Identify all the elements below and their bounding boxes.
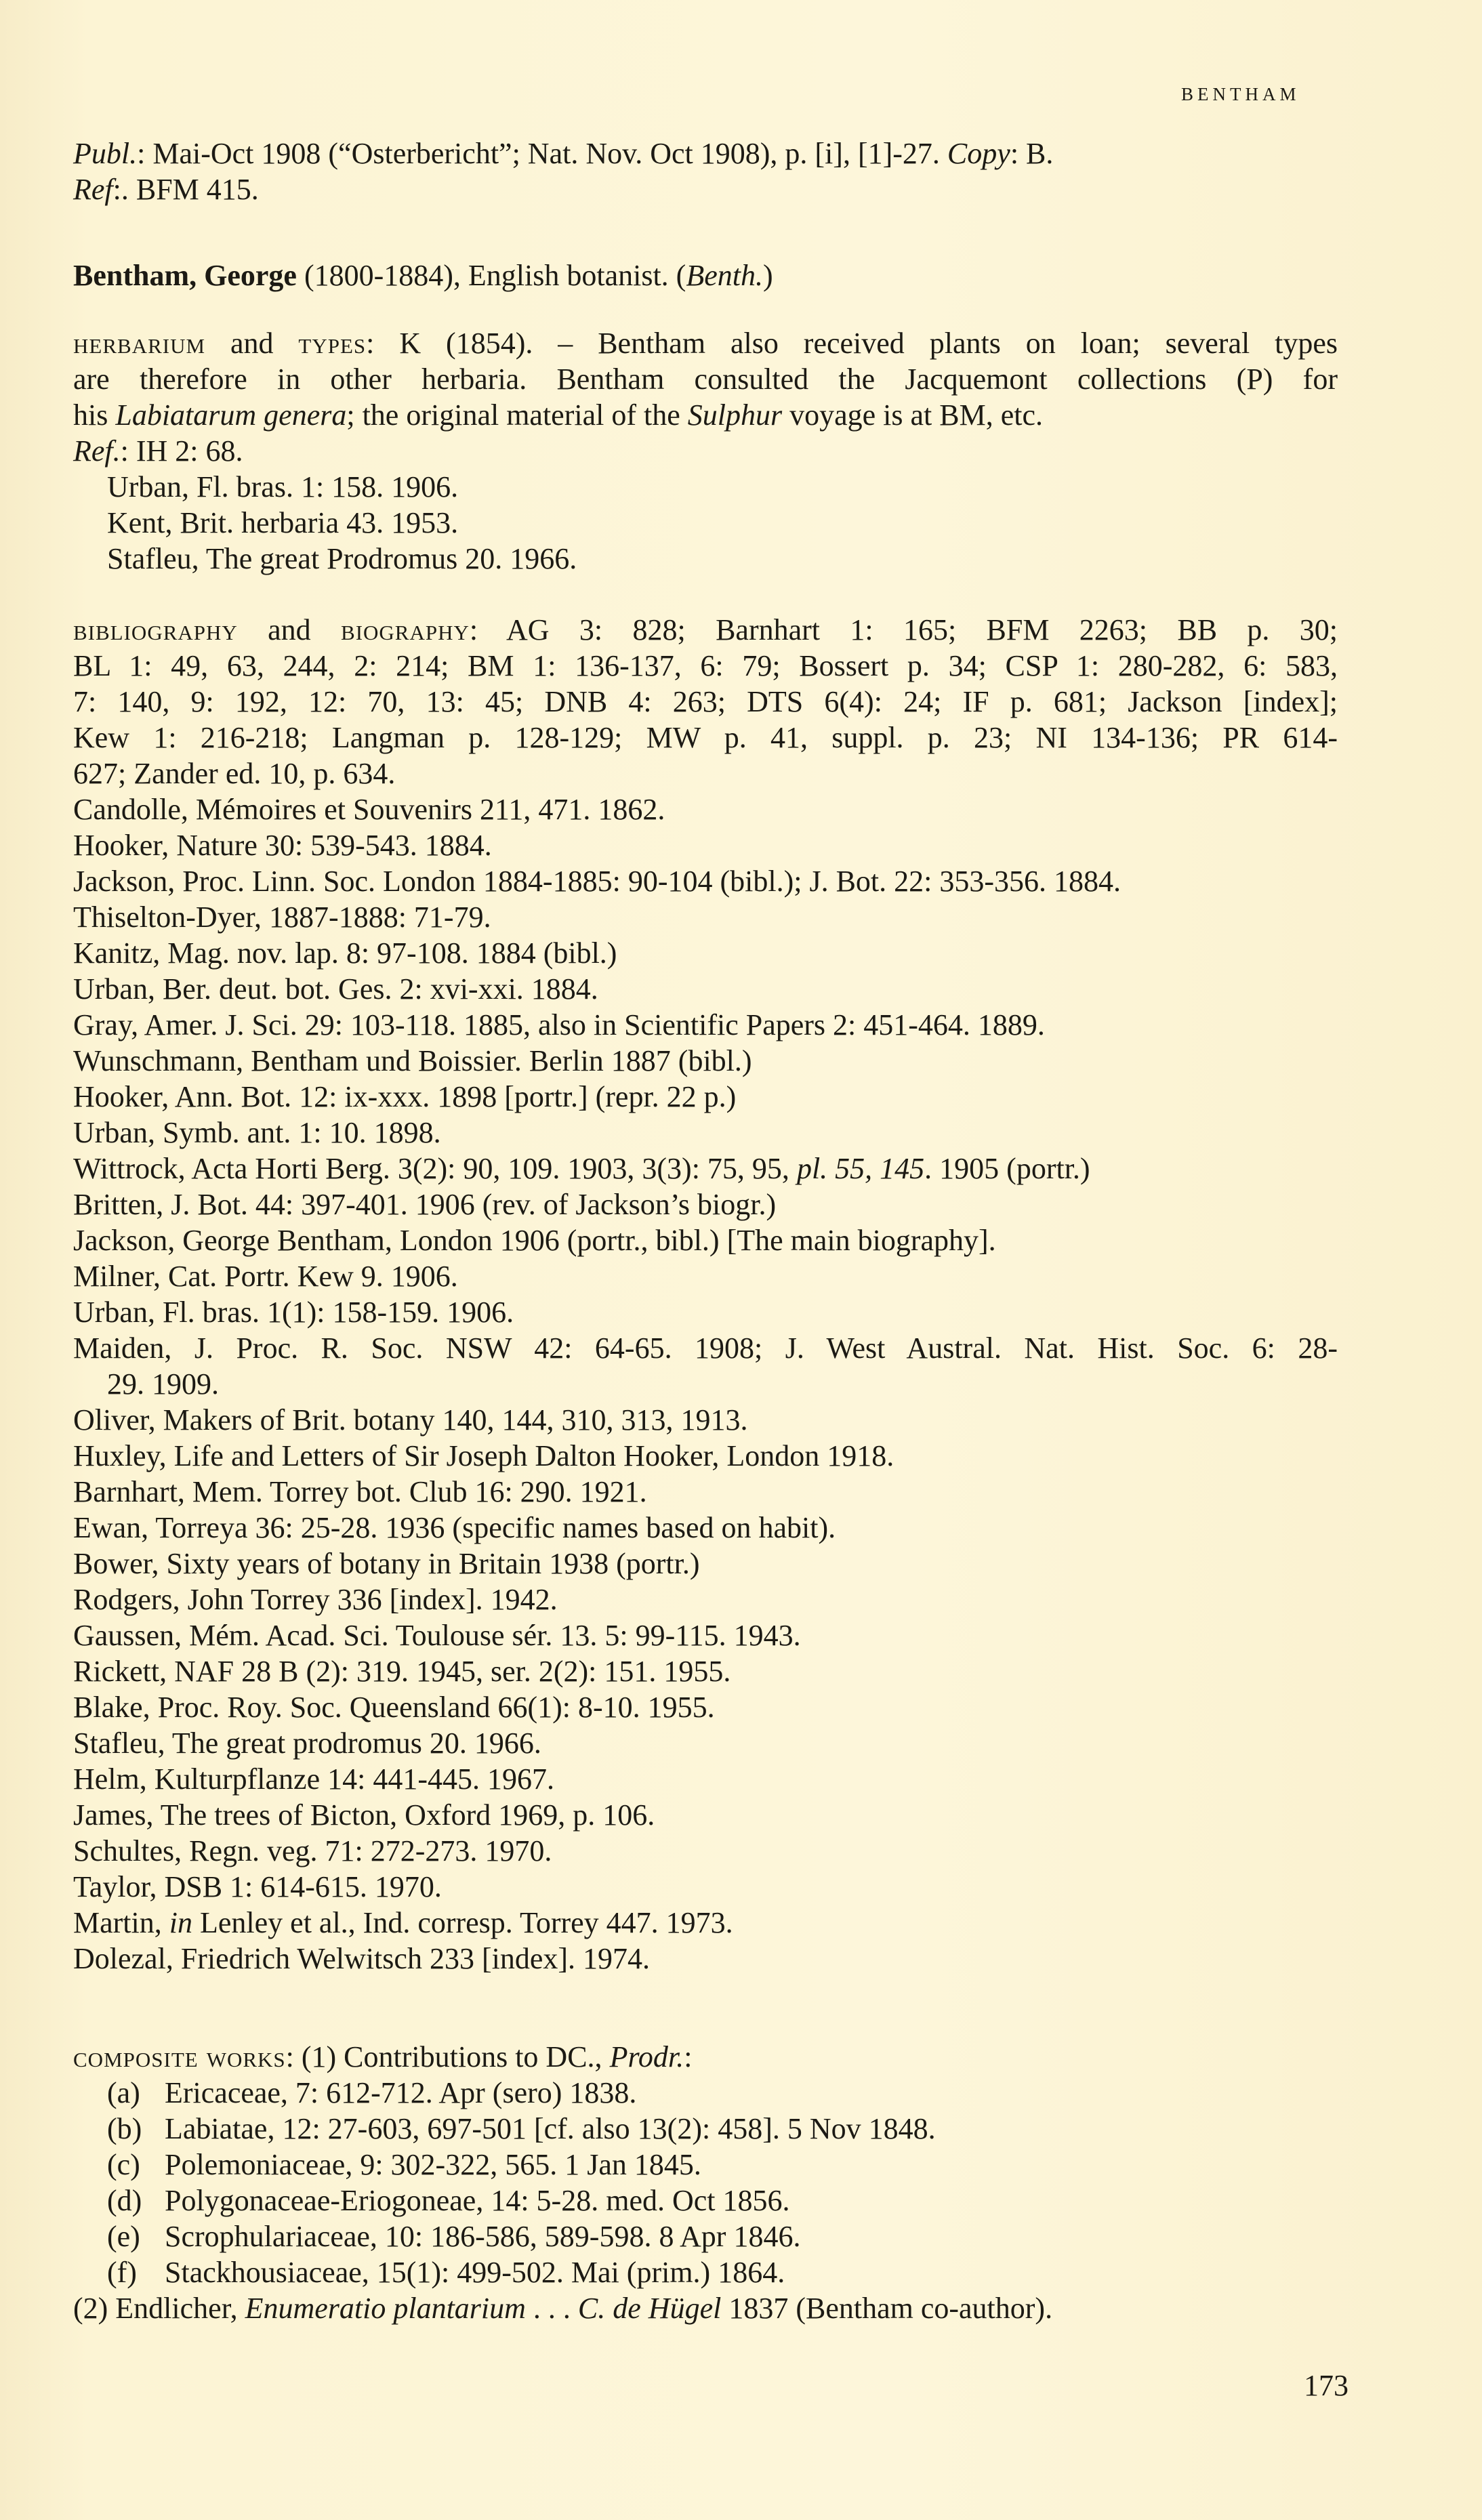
herbarium-ref: Ref.: IH 2: 68. bbox=[73, 433, 243, 469]
types-heading: types bbox=[298, 327, 366, 360]
bib-entry: Helm, Kulturpflanze 14: 441-445. 1967. bbox=[73, 1761, 554, 1797]
ellipsis: . . . bbox=[526, 2292, 578, 2325]
bib-entry: Dolezal, Friedrich Welwitsch 233 [index]… bbox=[73, 1941, 650, 1977]
bibliography-text: : AG 3: 828; Barnhart 1: 165; BFM 2263; … bbox=[470, 613, 1338, 646]
item-label: (d) bbox=[107, 2183, 165, 2218]
composite-item: (d)Polygonaceae-Eriogoneae, 14: 5-28. me… bbox=[107, 2183, 790, 2218]
bib-entry: Urban, Fl. bras. 1(1): 158-159. 1906. bbox=[73, 1294, 514, 1330]
bib-entry: Bower, Sixty years of botany in Britain … bbox=[73, 1546, 700, 1582]
author-close: ) bbox=[763, 259, 773, 292]
ref-text: : IH 2: 68. bbox=[121, 434, 243, 468]
ship-name: Sulphur bbox=[688, 398, 782, 432]
ref-label: Ref. bbox=[73, 434, 121, 468]
bib-entry-martin: Martin, in Lenley et al., Ind. corresp. … bbox=[73, 1905, 733, 1941]
bib-entry: Jackson, Proc. Linn. Soc. London 1884-18… bbox=[73, 863, 1121, 899]
composite-endlicher: (2) Endlicher, Enumeratio plantarium . .… bbox=[73, 2290, 1052, 2326]
herbarium-ref-item: Stafleu, The great Prodromus 20. 1966. bbox=[107, 541, 577, 577]
ref-text: :. BFM 415. bbox=[113, 173, 259, 206]
herbarium-text: : K (1854). – Bentham also received plan… bbox=[366, 327, 1338, 360]
herbarium-line-1: herbarium and types: K (1854). – Bentham… bbox=[73, 325, 1338, 361]
bib-entry: Schultes, Regn. veg. 71: 272-273. 1970. bbox=[73, 1833, 552, 1869]
running-head: BENTHAM bbox=[1181, 84, 1300, 105]
item-text: Scrophulariaceae, 10: 186-586, 589-598. … bbox=[165, 2220, 800, 2253]
text-span: Wittrock, Acta Horti Berg. 3(2): 90, 109… bbox=[73, 1152, 797, 1185]
bib-entry: Candolle, Mémoires et Souvenirs 211, 471… bbox=[73, 791, 665, 827]
composite-heading-line: composite works: (1) Contributions to DC… bbox=[73, 2039, 692, 2075]
bib-entry: Gaussen, Mém. Acad. Sci. Toulouse sér. 1… bbox=[73, 1617, 801, 1653]
herbarium-line-3: his Labiatarum genera; the original mate… bbox=[73, 397, 1043, 433]
text-span: voyage is at BM, etc. bbox=[782, 398, 1043, 432]
biography-heading: biography bbox=[341, 613, 470, 646]
bib-entry-continuation: 29. 1909. bbox=[107, 1366, 219, 1402]
item-label: (a) bbox=[107, 2075, 165, 2111]
author-abbrev: Benth. bbox=[686, 259, 763, 292]
bib-entry: Ewan, Torreya 36: 25-28. 1936 (specific … bbox=[73, 1510, 836, 1546]
bib-entry: Urban, Symb. ant. 1: 10. 1898. bbox=[73, 1115, 441, 1151]
text-span: his bbox=[73, 398, 115, 432]
bibliography-line-1: bibliography and biography: AG 3: 828; B… bbox=[73, 612, 1338, 648]
bib-entry: Maiden, J. Proc. R. Soc. NSW 42: 64-65. … bbox=[73, 1330, 1338, 1366]
text-span: Lenley et al., Ind. corresp. Torrey 447.… bbox=[192, 1906, 733, 1939]
bib-entry: Stafleu, The great prodromus 20. 1966. bbox=[73, 1725, 541, 1761]
item-text: Polygonaceae-Eriogoneae, 14: 5-28. med. … bbox=[165, 2184, 790, 2217]
bib-entry: Jackson, George Bentham, London 1906 (po… bbox=[73, 1222, 996, 1258]
copy-label: Copy bbox=[947, 137, 1010, 170]
bibliography-heading: bibliography bbox=[73, 613, 238, 646]
and-word: and bbox=[238, 613, 341, 646]
composite-item: (f)Stackhousiaceae, 15(1): 499-502. Mai … bbox=[107, 2254, 785, 2290]
publ-line: Publ.: Mai-Oct 1908 (“Osterbericht”; Nat… bbox=[73, 136, 1053, 171]
composite-item: (c)Polemoniaceae, 9: 302-322, 565. 1 Jan… bbox=[107, 2147, 701, 2183]
plate-ref: pl. 55, 145 bbox=[797, 1152, 924, 1185]
bibliography-line: 7: 140, 9: 192, 12: 70, 13: 45; DNB 4: 2… bbox=[73, 684, 1338, 720]
item-label: (c) bbox=[107, 2147, 165, 2183]
herbarium-ref-item: Urban, Fl. bras. 1: 158. 1906. bbox=[107, 469, 458, 505]
ref-line: Ref:. BFM 415. bbox=[73, 171, 259, 207]
text-span: : bbox=[684, 2040, 692, 2073]
author-name: Bentham, George bbox=[73, 259, 297, 292]
composite-item: (b)Labiatae, 12: 27-603, 697-501 [cf. al… bbox=[107, 2111, 936, 2147]
bib-entry: Blake, Proc. Roy. Soc. Queensland 66(1):… bbox=[73, 1689, 715, 1725]
bib-entry: Hooker, Ann. Bot. 12: ix-xxx. 1898 [port… bbox=[73, 1079, 736, 1115]
bib-entry: Taylor, DSB 1: 614-615. 1970. bbox=[73, 1869, 442, 1905]
ref-label: Ref bbox=[73, 173, 113, 206]
bibliography-line: Kew 1: 216-218; Langman p. 128-129; MW p… bbox=[73, 720, 1338, 756]
bib-entry-wittrock: Wittrock, Acta Horti Berg. 3(2): 90, 109… bbox=[73, 1151, 1090, 1186]
person-name: C. de Hügel bbox=[578, 2292, 721, 2325]
item-label: (e) bbox=[107, 2218, 165, 2254]
bib-entry: Wunschmann, Bentham und Boissier. Berlin… bbox=[73, 1043, 752, 1079]
item-text: Stackhousiaceae, 15(1): 499-502. Mai (pr… bbox=[165, 2256, 785, 2289]
in-word: in bbox=[169, 1906, 192, 1939]
prodr-title: Prodr. bbox=[610, 2040, 684, 2073]
bib-entry: Gray, Amer. J. Sci. 29: 103-118. 1885, a… bbox=[73, 1007, 1045, 1043]
text-span: Martin, bbox=[73, 1906, 169, 1939]
bib-entry: Thiselton-Dyer, 1887-1888: 71-79. bbox=[73, 899, 491, 935]
bib-entry: Britten, J. Bot. 44: 397-401. 1906 (rev.… bbox=[73, 1186, 776, 1222]
text-span: 1837 (Bentham co-author). bbox=[721, 2292, 1052, 2325]
bib-entry: Oliver, Makers of Brit. botany 140, 144,… bbox=[73, 1402, 747, 1438]
bib-entry: Hooker, Nature 30: 539-543. 1884. bbox=[73, 827, 492, 863]
page-number: 173 bbox=[1304, 2368, 1349, 2403]
composite-item: (a)Ericaceae, 7: 612-712. Apr (sero) 183… bbox=[107, 2075, 636, 2111]
publ-text: : Mai-Oct 1908 (“Osterbericht”; Nat. Nov… bbox=[137, 137, 947, 170]
text-span: (2) Endlicher, bbox=[73, 2292, 245, 2325]
publ-label: Publ. bbox=[73, 137, 137, 170]
bibliography-line: 627; Zander ed. 10, p. 634. bbox=[73, 756, 395, 791]
bib-entry: Rickett, NAF 28 B (2): 319. 1945, ser. 2… bbox=[73, 1653, 730, 1689]
item-text: Labiatae, 12: 27-603, 697-501 [cf. also … bbox=[165, 2112, 936, 2145]
work-title: Enumeratio plantarium bbox=[245, 2292, 526, 2325]
bib-entry: Urban, Ber. deut. bot. Ges. 2: xvi-xxi. … bbox=[73, 971, 598, 1007]
author-heading: Bentham, George (1800-1884), English bot… bbox=[73, 257, 773, 293]
herbarium-heading: herbarium bbox=[73, 327, 205, 360]
bib-entry: Milner, Cat. Portr. Kew 9. 1906. bbox=[73, 1258, 458, 1294]
text-span: : (1) Contributions to DC., bbox=[286, 2040, 610, 2073]
bib-entry: Rodgers, John Torrey 336 [index]. 1942. bbox=[73, 1582, 558, 1617]
bibliography-line: BL 1: 49, 63, 244, 2: 214; BM 1: 136-137… bbox=[73, 648, 1338, 684]
item-text: Ericaceae, 7: 612-712. Apr (sero) 1838. bbox=[165, 2076, 636, 2109]
item-label: (f) bbox=[107, 2254, 165, 2290]
text-span: ; the original material of the bbox=[346, 398, 687, 432]
item-text: Polemoniaceae, 9: 302-322, 565. 1 Jan 18… bbox=[165, 2148, 701, 2181]
herbarium-ref-item: Kent, Brit. herbaria 43. 1953. bbox=[107, 505, 458, 541]
bib-entry: Huxley, Life and Letters of Sir Joseph D… bbox=[73, 1438, 894, 1474]
herbarium-line-2: are therefore in other herbaria. Bentham… bbox=[73, 361, 1338, 397]
bib-entry: James, The trees of Bicton, Oxford 1969,… bbox=[73, 1797, 655, 1833]
item-label: (b) bbox=[107, 2111, 165, 2147]
and-word: and bbox=[205, 327, 298, 360]
bib-entry: Kanitz, Mag. nov. lap. 8: 97-108. 1884 (… bbox=[73, 935, 617, 971]
bib-entry: Barnhart, Mem. Torrey bot. Club 16: 290.… bbox=[73, 1474, 647, 1510]
author-dates: (1800-1884), English botanist. ( bbox=[297, 259, 686, 292]
text-span: . 1905 (portr.) bbox=[924, 1152, 1090, 1185]
work-title: Labiatarum genera bbox=[115, 398, 346, 432]
composite-item: (e)Scrophulariaceae, 10: 186-586, 589-59… bbox=[107, 2218, 800, 2254]
copy-text: : B. bbox=[1010, 137, 1054, 170]
composite-heading: composite works bbox=[73, 2040, 286, 2073]
